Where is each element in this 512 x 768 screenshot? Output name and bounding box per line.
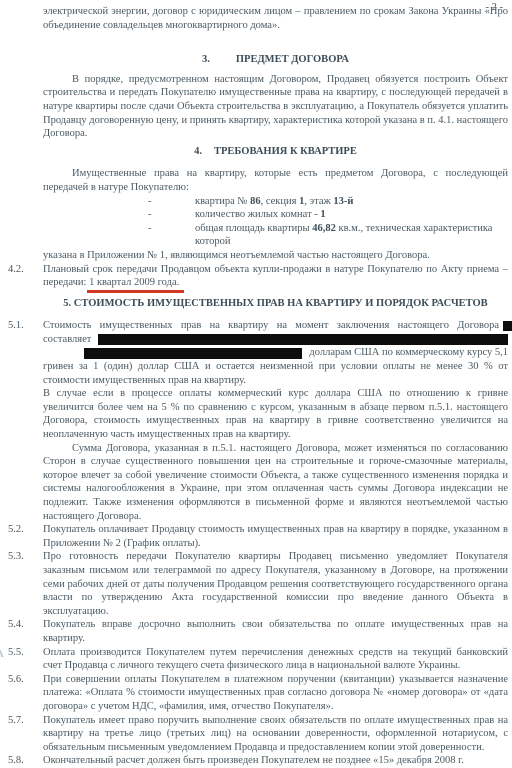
apartment-number-value: 86 bbox=[250, 196, 261, 207]
clause-5-8: 5.8. Окончательный расчет должен быть пр… bbox=[43, 754, 508, 768]
clause-text: Про готовность передачи Покупателю кварт… bbox=[43, 551, 508, 616]
section3-heading-title: ПРЕДМЕТ ДОГОВОРА bbox=[236, 54, 349, 65]
dash-bullet: - bbox=[148, 195, 152, 209]
clause-text: Покупатель вправе досрочно выполнить сво… bbox=[43, 619, 508, 644]
section4-heading-number: 4. bbox=[194, 146, 202, 157]
room-count-item: - количество жилых комнат - 1 bbox=[43, 208, 508, 222]
document-body: электрической энергии, договор с юридиче… bbox=[43, 5, 508, 768]
apartment-number-item: - квартира № 86, секция 1, этаж 13-й bbox=[43, 195, 508, 209]
bullet-continuation-line: указана в Приложении № 1, являющимся нео… bbox=[43, 249, 508, 263]
clause-5-1-line1: Стоимость имущественных прав на квартиру… bbox=[43, 319, 508, 333]
clause-5-1-paragraph3: Сумма Договора, указанная в п.5.1. насто… bbox=[43, 442, 508, 524]
clause-5-1-line5: стоимости имущественных прав на квартиру… bbox=[43, 374, 508, 388]
clause-5-5: 5.5. Оплата производится Покупателем пут… bbox=[43, 646, 508, 673]
clause-number: 5.8. bbox=[8, 754, 40, 768]
section4-intro-paragraph: Имущественные права на квартиру, которые… bbox=[43, 167, 508, 194]
bullet1-text: квартира № bbox=[195, 196, 250, 207]
section4-heading: 4.ТРЕБОВАНИЯ К КВАРТИРЕ bbox=[43, 145, 508, 159]
intro-paragraph: электрической энергии, договор с юридиче… bbox=[43, 5, 508, 32]
clause-5-6: 5.6. При совершении оплаты Покупателем в… bbox=[43, 673, 508, 714]
bullet1-text: , этаж bbox=[304, 196, 333, 207]
scan-artifact: А bbox=[0, 648, 4, 662]
floor-number-value: 13-й bbox=[333, 196, 353, 207]
section3-heading: 3.ПРЕДМЕТ ДОГОВОРА bbox=[43, 53, 508, 67]
clause-number: 5.6. bbox=[8, 673, 40, 687]
clause-text: Покупатель имеет право поручить выполнен… bbox=[43, 715, 508, 753]
clause-5-1: 5.1. Стоимость имущественных прав на ква… bbox=[43, 319, 508, 523]
clause-5-3: 5.3. Про готовность передачи Покупателю … bbox=[43, 550, 508, 618]
planned-date-red-underline: 1 квартал 2009 года. bbox=[87, 277, 184, 293]
room-count-value: 1 bbox=[320, 209, 325, 220]
clause-5-1-line4: гривен за 1 (один) доллар США и остается… bbox=[43, 360, 508, 374]
clause-5-1-paragraph2: В случае если в процессе оплаты коммерче… bbox=[43, 387, 508, 441]
redaction-bar-small bbox=[503, 321, 512, 331]
section3-paragraph: В порядке, предусмотренном настоящим Дог… bbox=[43, 73, 508, 141]
clause-text: Окончательный расчет должен быть произве… bbox=[43, 755, 464, 766]
dash-bullet: - bbox=[148, 222, 152, 236]
clause-5-1-line3: долларам США по коммерческому курсу 5,1 bbox=[43, 346, 508, 360]
clause-5-2: 5.2. Покупатель оплачивает Продавцу стои… bbox=[43, 523, 508, 550]
clause-5-1-line2: составляет bbox=[43, 333, 508, 347]
clause-5-1-line3-text: долларам США по коммерческому курсу 5,1 bbox=[309, 346, 508, 360]
clause-4-2: 4.2. Плановый срок передачи Продавцом об… bbox=[43, 263, 508, 290]
section4-heading-title: ТРЕБОВАНИЯ К КВАРТИРЕ bbox=[214, 146, 357, 157]
clause-5-1-line2-word: составляет bbox=[43, 333, 91, 347]
clause-text: Оплата производится Покупателем путем пе… bbox=[43, 647, 508, 672]
clause-5-4: 5.4. Покупатель вправе досрочно выполнит… bbox=[43, 618, 508, 645]
clause-number: 5.5. bbox=[8, 646, 40, 660]
clause-number: 5.4. bbox=[8, 618, 40, 632]
total-area-value: 46,82 bbox=[312, 223, 336, 234]
section5-heading: 5. СТОИМОСТЬ ИМУЩЕСТВЕННЫХ ПРАВ НА КВАРТ… bbox=[43, 297, 508, 311]
clause-5-1-line4-text: гривен за 1 (один) доллар США и остается… bbox=[43, 360, 508, 374]
total-area-item: - общая площадь квартиры 46,82 кв.м., те… bbox=[43, 222, 508, 249]
dash-bullet: - bbox=[148, 208, 152, 222]
clause-number: 5.7. bbox=[8, 714, 40, 728]
clause-text: При совершении оплаты Покупателем в плат… bbox=[43, 674, 508, 712]
clause-5-7: 5.7. Покупатель имеет право поручить вып… bbox=[43, 714, 508, 755]
bullet1-text: , секция bbox=[261, 196, 300, 207]
bullet3-text: общая площадь квартиры bbox=[195, 223, 312, 234]
clause-number: 5.2. bbox=[8, 523, 40, 537]
clause-text: Покупатель оплачивает Продавцу стоимость… bbox=[43, 524, 508, 549]
clause-number: 5.3. bbox=[8, 550, 40, 564]
clause-number: 4.2. bbox=[8, 263, 40, 277]
section3-heading-number: 3. bbox=[202, 54, 210, 65]
redaction-bar-wide bbox=[98, 334, 508, 345]
scanned-contract-page: { "page": { "number": "- 2 -", "artifact… bbox=[0, 0, 512, 768]
redaction-bar-medium bbox=[84, 348, 302, 359]
bullet2-text: количество жилых комнат - bbox=[195, 209, 320, 220]
clause-5-1-line1-text: Стоимость имущественных прав на квартиру… bbox=[43, 319, 499, 333]
clause-number: 5.1. bbox=[8, 319, 40, 333]
